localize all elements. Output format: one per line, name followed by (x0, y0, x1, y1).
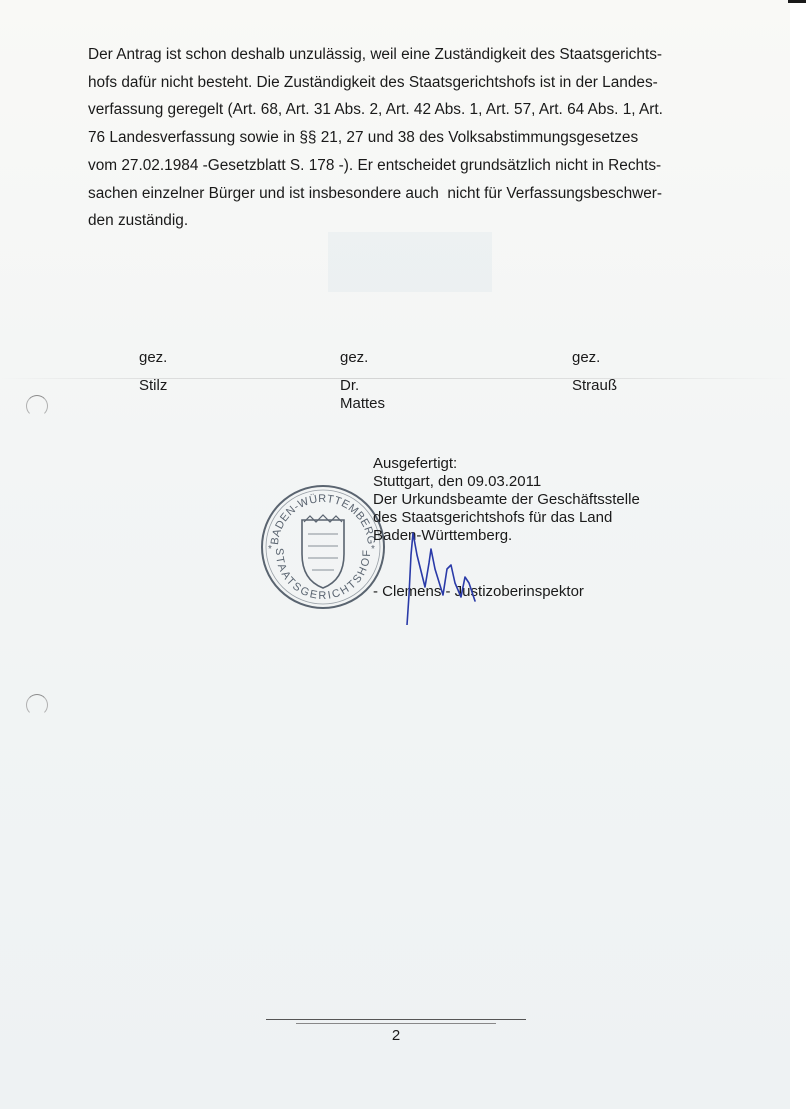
punch-hole-icon (26, 694, 48, 716)
cert-line: Stuttgart, den 09.03.2011 (373, 473, 640, 491)
official-seal-icon: BADEN-WÜRTTEMBERG STAATSGERICHTSHOF * * (258, 482, 388, 612)
svg-text:*: * (371, 544, 375, 555)
paragraph-line: sachen einzelner Bürger und ist insbeson… (88, 180, 728, 208)
footer-rule (266, 1019, 526, 1020)
paragraph-line: Der Antrag ist schon deshalb unzulässig,… (88, 41, 728, 69)
signatory-prefix: gez. (340, 349, 385, 367)
scan-edge-mark (788, 0, 806, 3)
svg-text:*: * (268, 544, 272, 555)
punch-hole-icon (26, 395, 48, 417)
paragraph-line: vom 27.02.1984 -Gesetzblatt S. 178 -). E… (88, 152, 728, 180)
signatory-name: Dr. Mattes (340, 377, 385, 413)
svg-text:STAATSGERICHTSHOF: STAATSGERICHTSHOF (273, 548, 373, 602)
handwritten-signature-icon (395, 525, 485, 625)
paragraph-line: den zuständig. (88, 207, 728, 235)
scan-edge (790, 0, 806, 1109)
paragraph-line: verfassung geregelt (Art. 68, Art. 31 Ab… (88, 96, 728, 124)
signatory-prefix: gez. (572, 349, 617, 367)
page-number: 2 (386, 1027, 406, 1045)
paragraph-line: hofs dafür nicht besteht. Die Zuständigk… (88, 69, 728, 97)
signatory: gez. Dr. Mattes (340, 349, 385, 413)
signatory-prefix: gez. (139, 349, 167, 367)
signatory-name: Stilz (139, 377, 167, 395)
signatory: gez. Stilz (139, 349, 167, 395)
scan-artifact (328, 232, 492, 292)
body-paragraph: Der Antrag ist schon deshalb unzulässig,… (88, 41, 728, 235)
signatory: gez. Strauß (572, 349, 617, 395)
signatory-name: Strauß (572, 377, 617, 395)
footer-rule (296, 1023, 496, 1024)
paper-fold-line (0, 378, 790, 379)
cert-line: Ausgefertigt: (373, 455, 640, 473)
paragraph-line: 76 Landesverfassung sowie in §§ 21, 27 u… (88, 124, 728, 152)
cert-line: Der Urkundsbeamte der Geschäftsstelle (373, 491, 640, 509)
stamp-bottom-text: STAATSGERICHTSHOF (273, 548, 373, 602)
